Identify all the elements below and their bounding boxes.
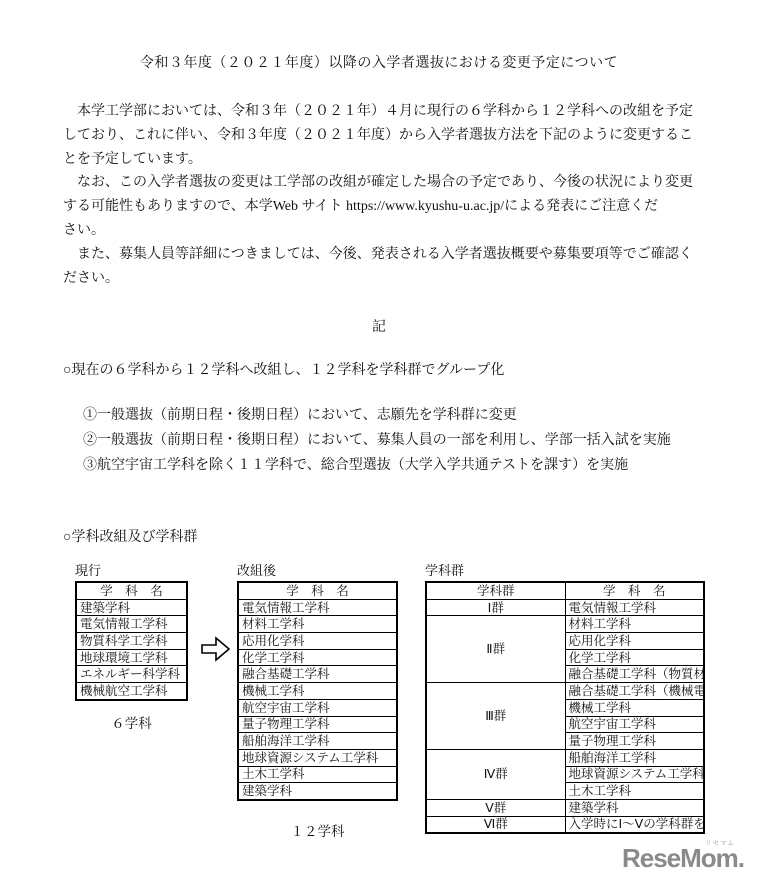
table-row: 電気情報工学科: [76, 616, 187, 633]
table-row: 融合基礎工学科（物質材料コース）: [565, 666, 704, 683]
table-row: 入学時にⅠ～Ⅴの学科群を特定しない: [565, 816, 704, 833]
current-table-footer: ６学科: [75, 712, 188, 732]
document-page: 令和３年度（２０２１年度）以降の入学者選抜における変更予定について 本学工学部に…: [0, 0, 758, 875]
body-line: なお、この入学者選抜の変更は工学部の改組が確定した場合の予定であり、今後の状況に…: [63, 171, 703, 195]
dept-col-header: 学 科 名: [565, 582, 704, 599]
table-row: エネルギー科学科: [76, 666, 187, 683]
group-name: Ⅴ群: [426, 799, 565, 816]
table-row: 応用化学科: [565, 633, 704, 650]
current-table-label: 現行: [75, 560, 101, 579]
logo-text: ReseMom.: [622, 843, 744, 873]
table-row: 融合基礎工学科（機械電気コース）: [565, 683, 704, 700]
after-departments-table: 学 科 名 電気情報工学科 材料工学科 応用化学科 化学工学科 融合基礎工学科 …: [237, 581, 398, 801]
table-row: 量子物理工学科: [565, 733, 704, 750]
body-line: また、募集人員等詳細につきましては、今後、発表される入学者選抜概要や募集要項等で…: [63, 243, 703, 267]
reorg-item-2: ②一般選抜（前期日程・後期日程）において、募集人員の一部を利用し、学部一括入試を…: [83, 428, 671, 453]
table-row: 融合基礎工学科: [238, 666, 397, 683]
logo-ruby-text: リセマム: [705, 838, 735, 847]
group-name: Ⅲ群: [426, 683, 565, 750]
group-name: Ⅳ群: [426, 749, 565, 799]
table-row: 電気情報工学科: [565, 599, 704, 616]
ki-label: 記: [0, 316, 758, 336]
table-row: 応用化学科: [238, 633, 397, 650]
body-paragraphs: 本学工学部においては、令和３年（２０２１年）４月に現行の６学科から１２学科への改…: [63, 100, 703, 290]
current-table-header: 学 科 名: [76, 582, 187, 599]
after-table-label: 改組後: [237, 560, 276, 579]
reorg-items: ①一般選抜（前期日程・後期日程）において、志願先を学科群に変更 ②一般選抜（前期…: [83, 403, 671, 478]
page-title: 令和３年度（２０２１年度）以降の入学者選抜における変更予定について: [0, 52, 758, 72]
body-line: 本学工学部においては、令和３年（２０２１年）４月に現行の６学科から１２学科への改…: [63, 100, 703, 124]
table-row: 建築学科: [565, 799, 704, 816]
table-row: 機械航空工学科: [76, 683, 187, 700]
group-col-header: 学科群: [426, 582, 565, 599]
group-table-label: 学科群: [425, 560, 464, 579]
table-row: 電気情報工学科: [238, 599, 397, 616]
table-row: 地球資源システム工学科: [238, 749, 397, 766]
reorg-heading: ○現在の６学科から１２学科へ改組し、１２学科を学科群でグループ化: [63, 359, 504, 379]
table-row: 建築学科: [76, 599, 187, 616]
table-row: 機械工学科: [565, 699, 704, 716]
table-row: 建築学科: [238, 783, 397, 800]
after-table-header: 学 科 名: [238, 582, 397, 599]
table-row: 地球環境工学科: [76, 649, 187, 666]
current-departments-table: 学 科 名 建築学科 電気情報工学科 物質科学工学科 地球環境工学科 エネルギー…: [75, 581, 188, 701]
body-line: ださい。: [63, 267, 703, 291]
table-row: 物質科学工学科: [76, 633, 187, 650]
block-arrow-right-icon: [200, 635, 232, 668]
table-row: 材料工学科: [565, 616, 704, 633]
table-row: 土木工学科: [565, 783, 704, 800]
table-row: 土木工学科: [238, 766, 397, 783]
reorg-item-3: ③航空宇宙工学科を除く１１学科で、総合型選抜（大学入学共通テストを課す）を実施: [83, 453, 671, 478]
group-name: Ⅰ群: [426, 599, 565, 616]
body-line: とを予定しています。: [63, 148, 703, 172]
table-row: 船舶海洋工学科: [238, 733, 397, 750]
after-table-footer: １２学科: [237, 820, 398, 840]
table-row: 地球資源システム工学科: [565, 766, 704, 783]
resemom-logo[interactable]: リセマム ReseMom.: [622, 843, 744, 874]
table-row: 材料工学科: [238, 616, 397, 633]
table-row: 航空宇宙工学科: [565, 716, 704, 733]
table-row: 化学工学科: [238, 649, 397, 666]
group-name: Ⅵ群: [426, 816, 565, 833]
tables-heading: ○学科改組及び学科群: [63, 526, 197, 546]
table-row: 機械工学科: [238, 683, 397, 700]
table-row: 航空宇宙工学科: [238, 699, 397, 716]
group-name: Ⅱ群: [426, 616, 565, 683]
table-row: 化学工学科: [565, 649, 704, 666]
table-row: 量子物理工学科: [238, 716, 397, 733]
reorg-item-1: ①一般選抜（前期日程・後期日程）において、志願先を学科群に変更: [83, 403, 671, 428]
body-line: しており、これに伴い、令和３年度（２０２１年度）から入学者選抜方法を下記のように…: [63, 124, 703, 148]
body-line-with-url: する可能性もありますので、本学Web サイト https://www.kyush…: [63, 195, 703, 219]
table-row: 船舶海洋工学科: [565, 749, 704, 766]
department-groups-table: 学科群 学 科 名 Ⅰ群 電気情報工学科 Ⅱ群 材料工学科 応用化学科 化学工学…: [425, 581, 705, 834]
body-line: さい。: [63, 219, 703, 243]
